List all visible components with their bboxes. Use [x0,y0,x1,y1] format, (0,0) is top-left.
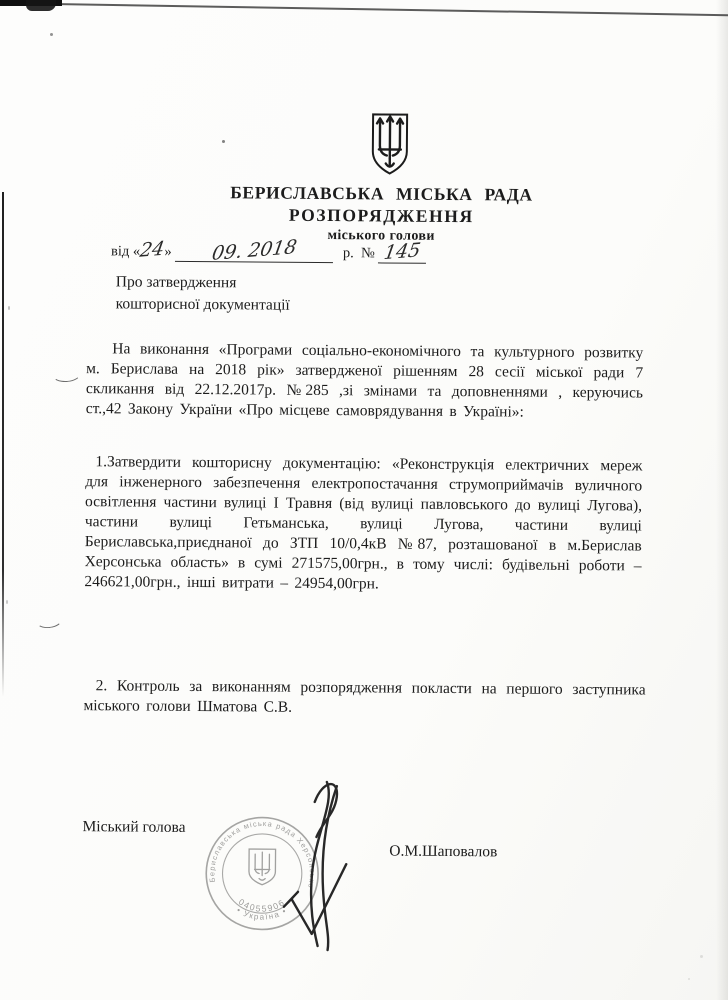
subject-block: Про затвердження кошторисної документаці… [116,271,290,316]
scanned-document-page: БЕРИСЛАВСЬКА МІСЬКА РАДА РОЗПОРЯДЖЕННЯ м… [0,0,728,1000]
handwritten-doc-number-field: 145 [378,240,426,263]
document-content: БЕРИСЛАВСЬКА МІСЬКА РАДА РОЗПОРЯДЖЕННЯ м… [0,0,728,1000]
handwritten-signature [261,770,373,963]
ukraine-trident-emblem-icon [366,111,415,177]
number-sign-label: № [361,245,379,262]
handwritten-day: 24 [138,238,166,262]
subject-line: Про затвердження [116,271,290,294]
signer-title: Міський голова [82,818,185,837]
date-close-quote: » [164,244,175,261]
signer-name: О.М.Шаповалов [389,843,497,862]
date-number-line: від « 24 » 09. 2018 р. № 145 [111,238,427,263]
handwritten-month-year-field: 09. 2018 [175,239,333,263]
subject-line: кошторисної документації [116,293,290,316]
body-paragraph-preamble: На виконання «Програми соціально-економі… [86,339,644,423]
date-prefix-label: від « [111,243,140,260]
year-suffix-label: р. [339,245,361,262]
doc-type-heading: РОЗПОРЯДЖЕННЯ [79,203,683,229]
body-paragraph-item-2: 2. Контроль за виконанням розпорядження … [83,676,645,720]
body-paragraph-item-1: 1.Затвердити кошторисну документацію: «Р… [84,452,642,596]
